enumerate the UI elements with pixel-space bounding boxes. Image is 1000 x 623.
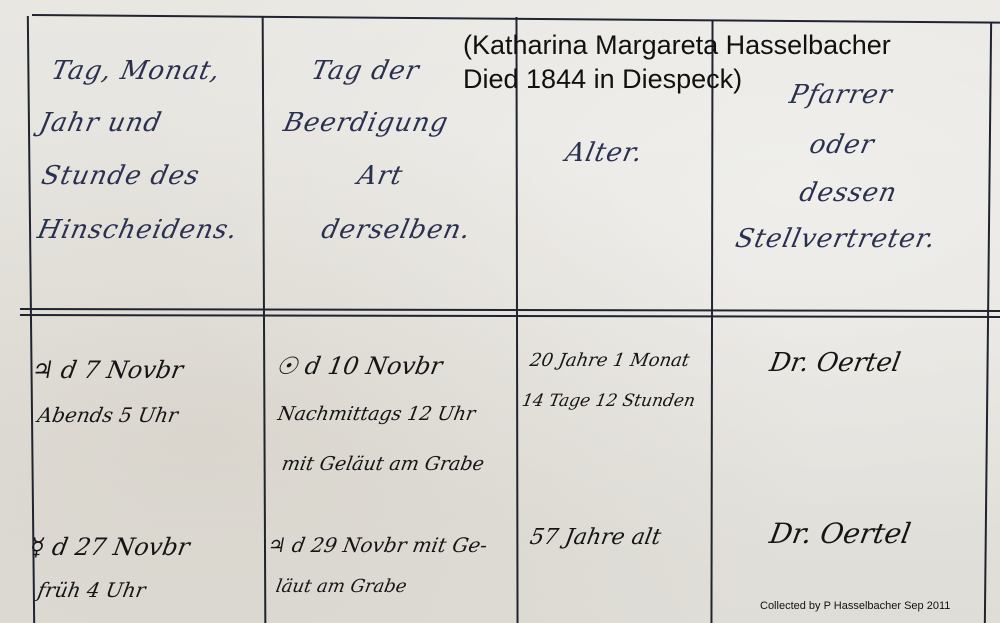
credit-text: Collected by P Hasselbacher Sep 2011	[760, 600, 950, 612]
annotation-name-line: (Katharina Margareta Hasselbacher	[463, 30, 891, 61]
annotation-died-line: Died 1844 in Diespeck)	[463, 64, 742, 95]
